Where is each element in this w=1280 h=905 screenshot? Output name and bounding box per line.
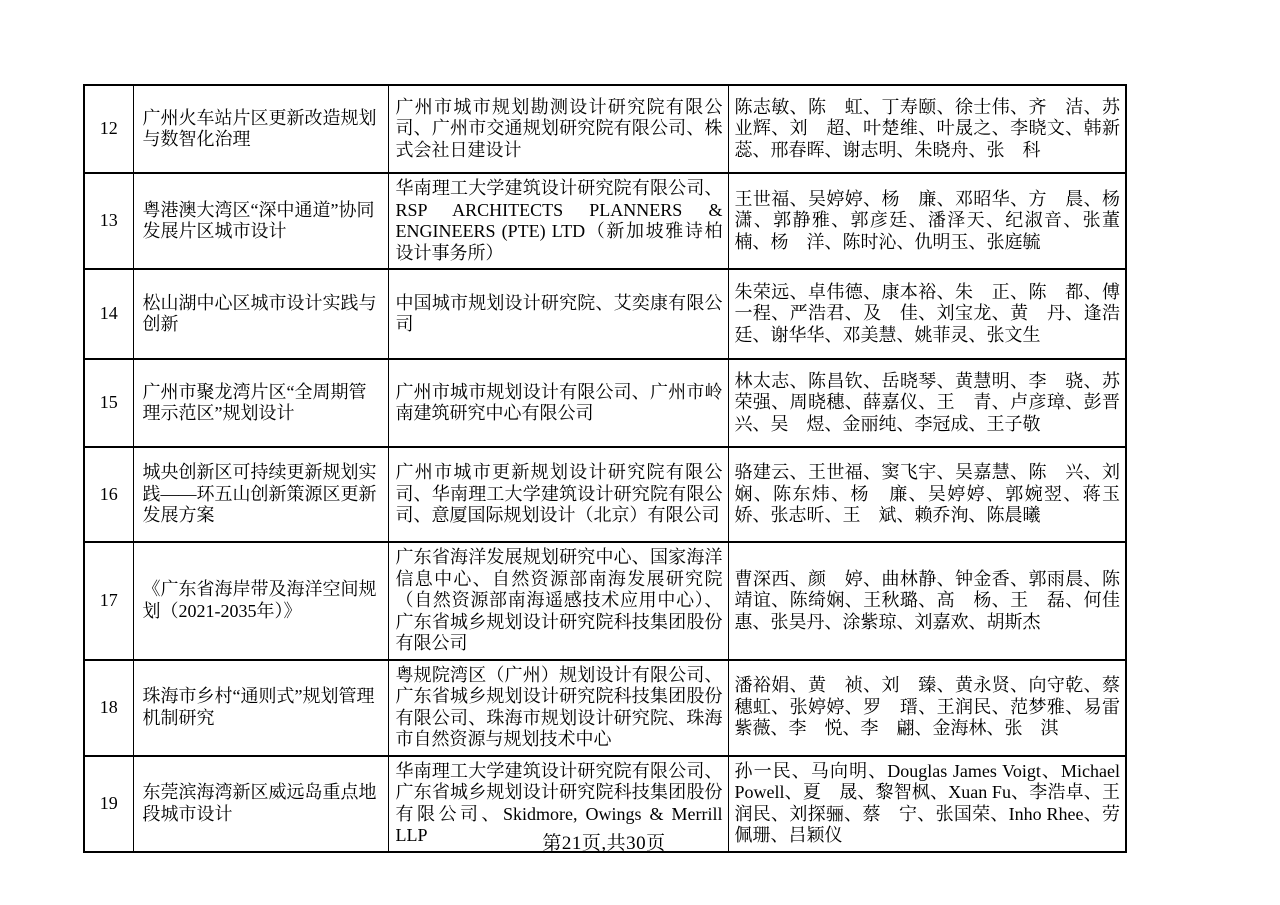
project-name-cell: 《广东省海岸带及海洋空间规划（2021-2035年）》 [133,542,388,660]
table-row: 12 广州火车站片区更新改造规划与数智化治理 广州市城市规划勘测设计研究院有限公… [84,85,1126,173]
row-number-cell: 18 [84,660,133,756]
document-page: 12 广州火车站片区更新改造规划与数智化治理 广州市城市规划勘测设计研究院有限公… [0,0,1280,905]
companies-cell: 广州市城市规划勘测设计研究院有限公司、广州市交通规划研究院有限公司、株式会社日建… [388,85,728,173]
projects-table: 12 广州火车站片区更新改造规划与数智化治理 广州市城市规划勘测设计研究院有限公… [83,84,1127,853]
companies-cell: 华南理工大学建筑设计研究院有限公司、RSP ARCHITECTS PLANNER… [388,173,728,269]
table-row: 16 城央创新区可持续更新规划实践——环五山创新策源区更新发展方案 广州市城市更… [84,447,1126,542]
row-number-cell: 15 [84,359,133,447]
companies-cell: 粤规院湾区（广州）规划设计有限公司、广东省城乡规划设计研究院科技集团股份有限公司… [388,660,728,756]
people-cell: 潘裕娟、黄 祯、刘 臻、黄永贤、向守乾、蔡穗虹、张婷婷、罗 瑨、王润民、范梦雅、… [728,660,1126,756]
project-name-cell: 城央创新区可持续更新规划实践——环五山创新策源区更新发展方案 [133,447,388,542]
row-number-cell: 12 [84,85,133,173]
table-row: 13 粤港澳大湾区“深中通道”协同发展片区城市设计 华南理工大学建筑设计研究院有… [84,173,1126,269]
row-number-cell: 16 [84,447,133,542]
people-cell: 王世福、吴婷婷、杨 廉、邓昭华、方 晨、杨潇、郭静雅、郭彦廷、潘泽天、纪淑音、张… [728,173,1126,269]
table-row: 18 珠海市乡村“通则式”规划管理机制研究 粤规院湾区（广州）规划设计有限公司、… [84,660,1126,756]
people-cell: 陈志敏、陈 虹、丁寿颐、徐士伟、齐 洁、苏业辉、刘 超、叶楚维、叶晟之、李晓文、… [728,85,1126,173]
project-name-cell: 松山湖中心区城市设计实践与创新 [133,269,388,359]
people-cell: 骆建云、王世福、窦飞宇、吴嘉慧、陈 兴、刘娴、陈东炜、杨 廉、吴婷婷、郭婉翌、蒋… [728,447,1126,542]
people-cell: 朱荣远、卓伟德、康本裕、朱 正、陈 都、傅一程、严浩君、及 佳、刘宝龙、黄 丹、… [728,269,1126,359]
companies-cell: 广东省海洋发展规划研究中心、国家海洋信息中心、自然资源部南海发展研究院（自然资源… [388,542,728,660]
people-cell: 林太志、陈昌钦、岳晓琴、黄慧明、李 骁、苏荣强、周晓穗、薛嘉仪、王 青、卢彦璋、… [728,359,1126,447]
row-number-cell: 17 [84,542,133,660]
people-cell: 曹深西、颜 婷、曲林静、钟金香、郭雨晨、陈靖谊、陈绮娴、王秋璐、高 杨、王 磊、… [728,542,1126,660]
companies-cell: 广州市城市规划设计有限公司、广州市岭南建筑研究中心有限公司 [388,359,728,447]
page-number-footer: 第21页,共30页 [83,828,1125,855]
table-row: 15 广州市聚龙湾片区“全周期管理示范区”规划设计 广州市城市规划设计有限公司、… [84,359,1126,447]
project-name-cell: 粤港澳大湾区“深中通道”协同发展片区城市设计 [133,173,388,269]
companies-cell: 广州市城市更新规划设计研究院有限公司、华南理工大学建筑设计研究院有限公司、意厦国… [388,447,728,542]
table-row: 14 松山湖中心区城市设计实践与创新 中国城市规划设计研究院、艾奕康有限公司 朱… [84,269,1126,359]
project-name-cell: 广州火车站片区更新改造规划与数智化治理 [133,85,388,173]
table-row: 17 《广东省海岸带及海洋空间规划（2021-2035年）》 广东省海洋发展规划… [84,542,1126,660]
companies-cell: 中国城市规划设计研究院、艾奕康有限公司 [388,269,728,359]
row-number-cell: 14 [84,269,133,359]
project-name-cell: 珠海市乡村“通则式”规划管理机制研究 [133,660,388,756]
project-name-cell: 广州市聚龙湾片区“全周期管理示范区”规划设计 [133,359,388,447]
row-number-cell: 13 [84,173,133,269]
